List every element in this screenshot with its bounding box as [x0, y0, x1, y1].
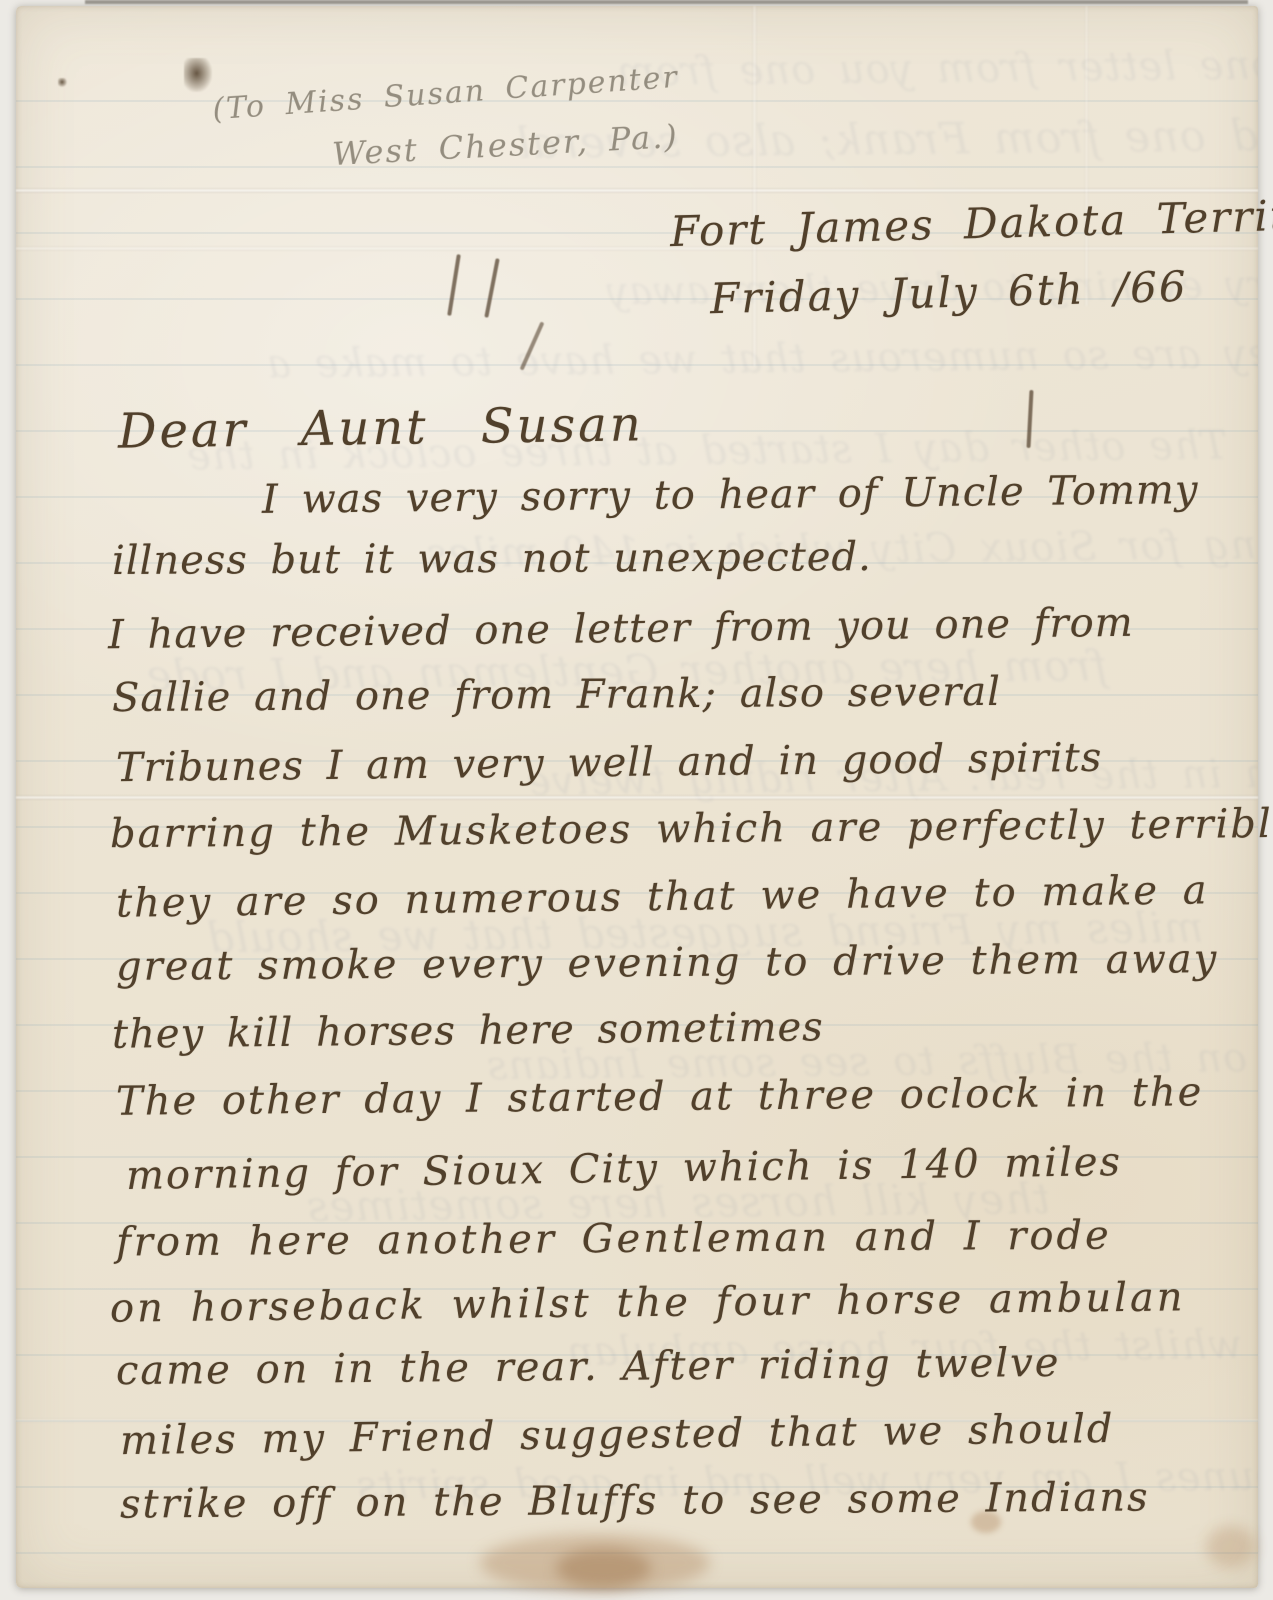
bleedthrough-text: they are so numerous that we have to mak…: [266, 331, 1258, 388]
corner-stain: [1206, 1526, 1256, 1568]
bleedthrough-text: I have received one letter from you one …: [616, 39, 1258, 96]
body-line: from here another Gentleman and I rode: [116, 1213, 1112, 1266]
fold-crease: [16, 246, 1258, 251]
body-line: came on in the rear. After riding twelve: [116, 1340, 1061, 1394]
fold-crease: [16, 795, 1258, 800]
fold-crease: [16, 188, 1258, 193]
bottom-stain-core: [556, 1548, 651, 1588]
body-line: illness but it was not unexpected.: [112, 534, 872, 584]
wrinkle-crease: [1084, 6, 1089, 306]
salutation-line: Dear Aunt Susan: [118, 396, 644, 459]
body-line: great smoke every evening to drive them …: [116, 936, 1219, 990]
body-line: strike off on the Bluffs to see some Ind…: [120, 1474, 1150, 1527]
scan-top-edge: [85, 0, 1248, 4]
body-line: they kill horses here sometimes: [112, 1004, 824, 1057]
letter-paper: I have received one letter from you one …: [16, 6, 1258, 1588]
body-line: Sallie and one from Frank; also several: [112, 669, 1001, 721]
ink-speck: [58, 78, 67, 87]
body-line: I was very sorry to hear of Uncle Tommy: [262, 467, 1199, 523]
scanned-letter-page: I have received one letter from you one …: [0, 0, 1273, 1600]
ink-blot: [184, 58, 212, 92]
body-line: The other day I started at three oclock …: [116, 1069, 1204, 1124]
